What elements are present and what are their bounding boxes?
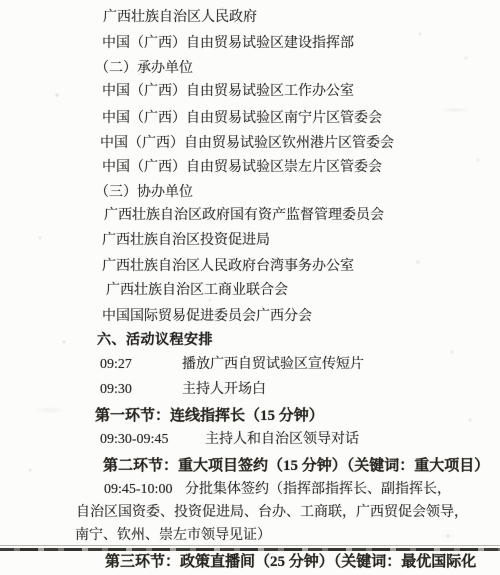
stage3-heading: 第三环节：政策直播间（25 分钟）（关键词：最优国际化: [105, 554, 476, 570]
agenda-row: 09:30-09:45主持人和自治区领导对话: [100, 432, 359, 448]
coorganizer-unit: 中国国际贸易促进委员会广西分会: [102, 309, 312, 325]
organizer-unit: 中国（广西）自由贸易试验区工作办公室: [102, 84, 354, 100]
agenda-desc-continuation: 自治区国资委、投资促进局、台办、工商联，广西贸促会领导，: [76, 505, 468, 521]
coorganizer-unit: 广西壮族自治区投资促进局: [102, 233, 270, 249]
organizer-unit: 中国（广西）自由贸易试验区崇左片区管委会: [102, 160, 382, 176]
coorganizer-unit: 广西壮族自治区政府国有资产监督管理委员会: [104, 208, 384, 224]
coorganizer-unit: 广西壮族自治区工商业联合会: [106, 283, 288, 299]
stage2-heading: 第二环节：重大项目签约（15 分钟）（关键词：重大项目）: [103, 458, 489, 474]
agenda-desc: 播放广西自贸试验区宣传短片: [182, 357, 364, 372]
page-separator-line: [0, 545, 500, 552]
agenda-desc: 分批集体签约（指挥部指挥长、副指挥长，: [185, 482, 451, 497]
host-unit: 中国（广西）自由贸易试验区建设指挥部: [102, 36, 354, 52]
organizer-unit: 中国（广西）自由贸易试验区南宁片区管委会: [102, 111, 382, 127]
agenda-time: 09:27: [100, 357, 182, 373]
agenda-desc-continuation: 南宁、钦州、崇左市领导见证）: [75, 528, 271, 544]
subsection-heading-organizers: （二）承办单位: [95, 61, 193, 77]
host-unit: 广西壮族自治区人民政府: [103, 10, 257, 26]
agenda-time: 09:30: [100, 382, 182, 398]
stage1-heading: 第一环节：连线指挥长（15 分钟）: [95, 408, 324, 424]
organizer-unit: 中国（广西）自由贸易试验区钦州港片区管委会: [100, 136, 394, 152]
scanned-document-page: 广西壮族自治区人民政府 中国（广西）自由贸易试验区建设指挥部 （二）承办单位 中…: [0, 0, 500, 575]
agenda-time: 09:45-10:00: [104, 482, 185, 498]
coorganizer-unit: 广西壮族自治区人民政府台湾事务办公室: [102, 259, 354, 275]
agenda-desc: 主持人开场白: [182, 382, 266, 397]
subsection-heading-coorganizers: （三）协办单位: [95, 185, 193, 201]
agenda-desc: 主持人和自治区领导对话: [205, 432, 359, 447]
agenda-row: 09:27播放广西自贸试验区宣传短片: [100, 357, 364, 373]
agenda-section-heading: 六、活动议程安排: [97, 331, 213, 347]
agenda-row: 09:30主持人开场白: [100, 382, 266, 398]
agenda-time: 09:30-09:45: [100, 432, 205, 448]
agenda-row: 09:45-10:00分批集体签约（指挥部指挥长、副指挥长，: [104, 482, 451, 498]
